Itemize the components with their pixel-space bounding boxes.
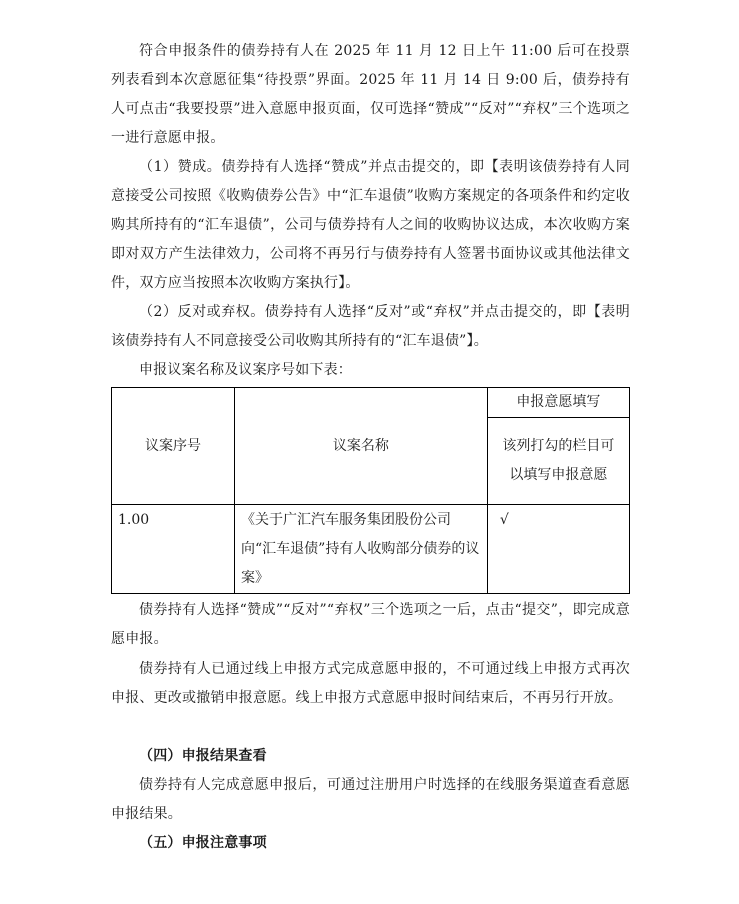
motion-number-cell: 1.00 — [112, 505, 235, 594]
header-motion-name: 议案名称 — [235, 388, 488, 505]
paragraph-no-resubmit: 债券持有人已通过线上申报方式完成意愿申报的，不可通过线上申报方式再次申报、更改或… — [111, 655, 630, 713]
header-intent-note: 该列打勾的栏目可以填写申报意愿 — [487, 418, 629, 505]
paragraph-approve-option: （1）赞成。债券持有人选择“赞成”并点击提交的，即【表明该债券持有人同意接受公司… — [111, 153, 630, 298]
paragraph-voting-timeline: 符合申报条件的债券持有人在 2025 年 11 月 12 日上午 11:00 后… — [111, 37, 630, 153]
intent-checkmark-cell: √ — [487, 505, 629, 594]
motion-name-cell: 《关于广汇汽车服务集团股份公司向“汇车退债”持有人收购部分债券的议案》 — [235, 505, 488, 594]
section-heading-result-check: （四）申报结果查看 — [111, 742, 630, 771]
section-heading-notes: （五）申报注意事项 — [111, 829, 630, 858]
table-row: 1.00 《关于广汇汽车服务集团股份公司向“汇车退债”持有人收购部分债券的议案》… — [112, 505, 630, 594]
header-motion-number: 议案序号 — [112, 388, 235, 505]
paragraph-submit-instruction: 债券持有人选择“赞成”“反对”“弃权”三个选项之一后，点击“提交”，即完成意愿申… — [111, 596, 630, 654]
paragraph-result-check: 债券持有人完成意愿申报后，可通过注册用户时选择的在线服务渠道查看意愿申报结果。 — [111, 771, 630, 829]
paragraph-reject-abstain-option: （2）反对或弃权。债券持有人选择“反对”或“弃权”并点击提交的，即【表明该债券持… — [111, 298, 630, 356]
table-header-row: 议案序号 议案名称 申报意愿填写 — [112, 388, 630, 418]
table-intro: 申报议案名称及议案序号如下表： — [111, 356, 630, 385]
motion-table: 议案序号 议案名称 申报意愿填写 该列打勾的栏目可以填写申报意愿 1.00 《关… — [111, 387, 630, 594]
header-intent-fill: 申报意愿填写 — [487, 388, 629, 418]
